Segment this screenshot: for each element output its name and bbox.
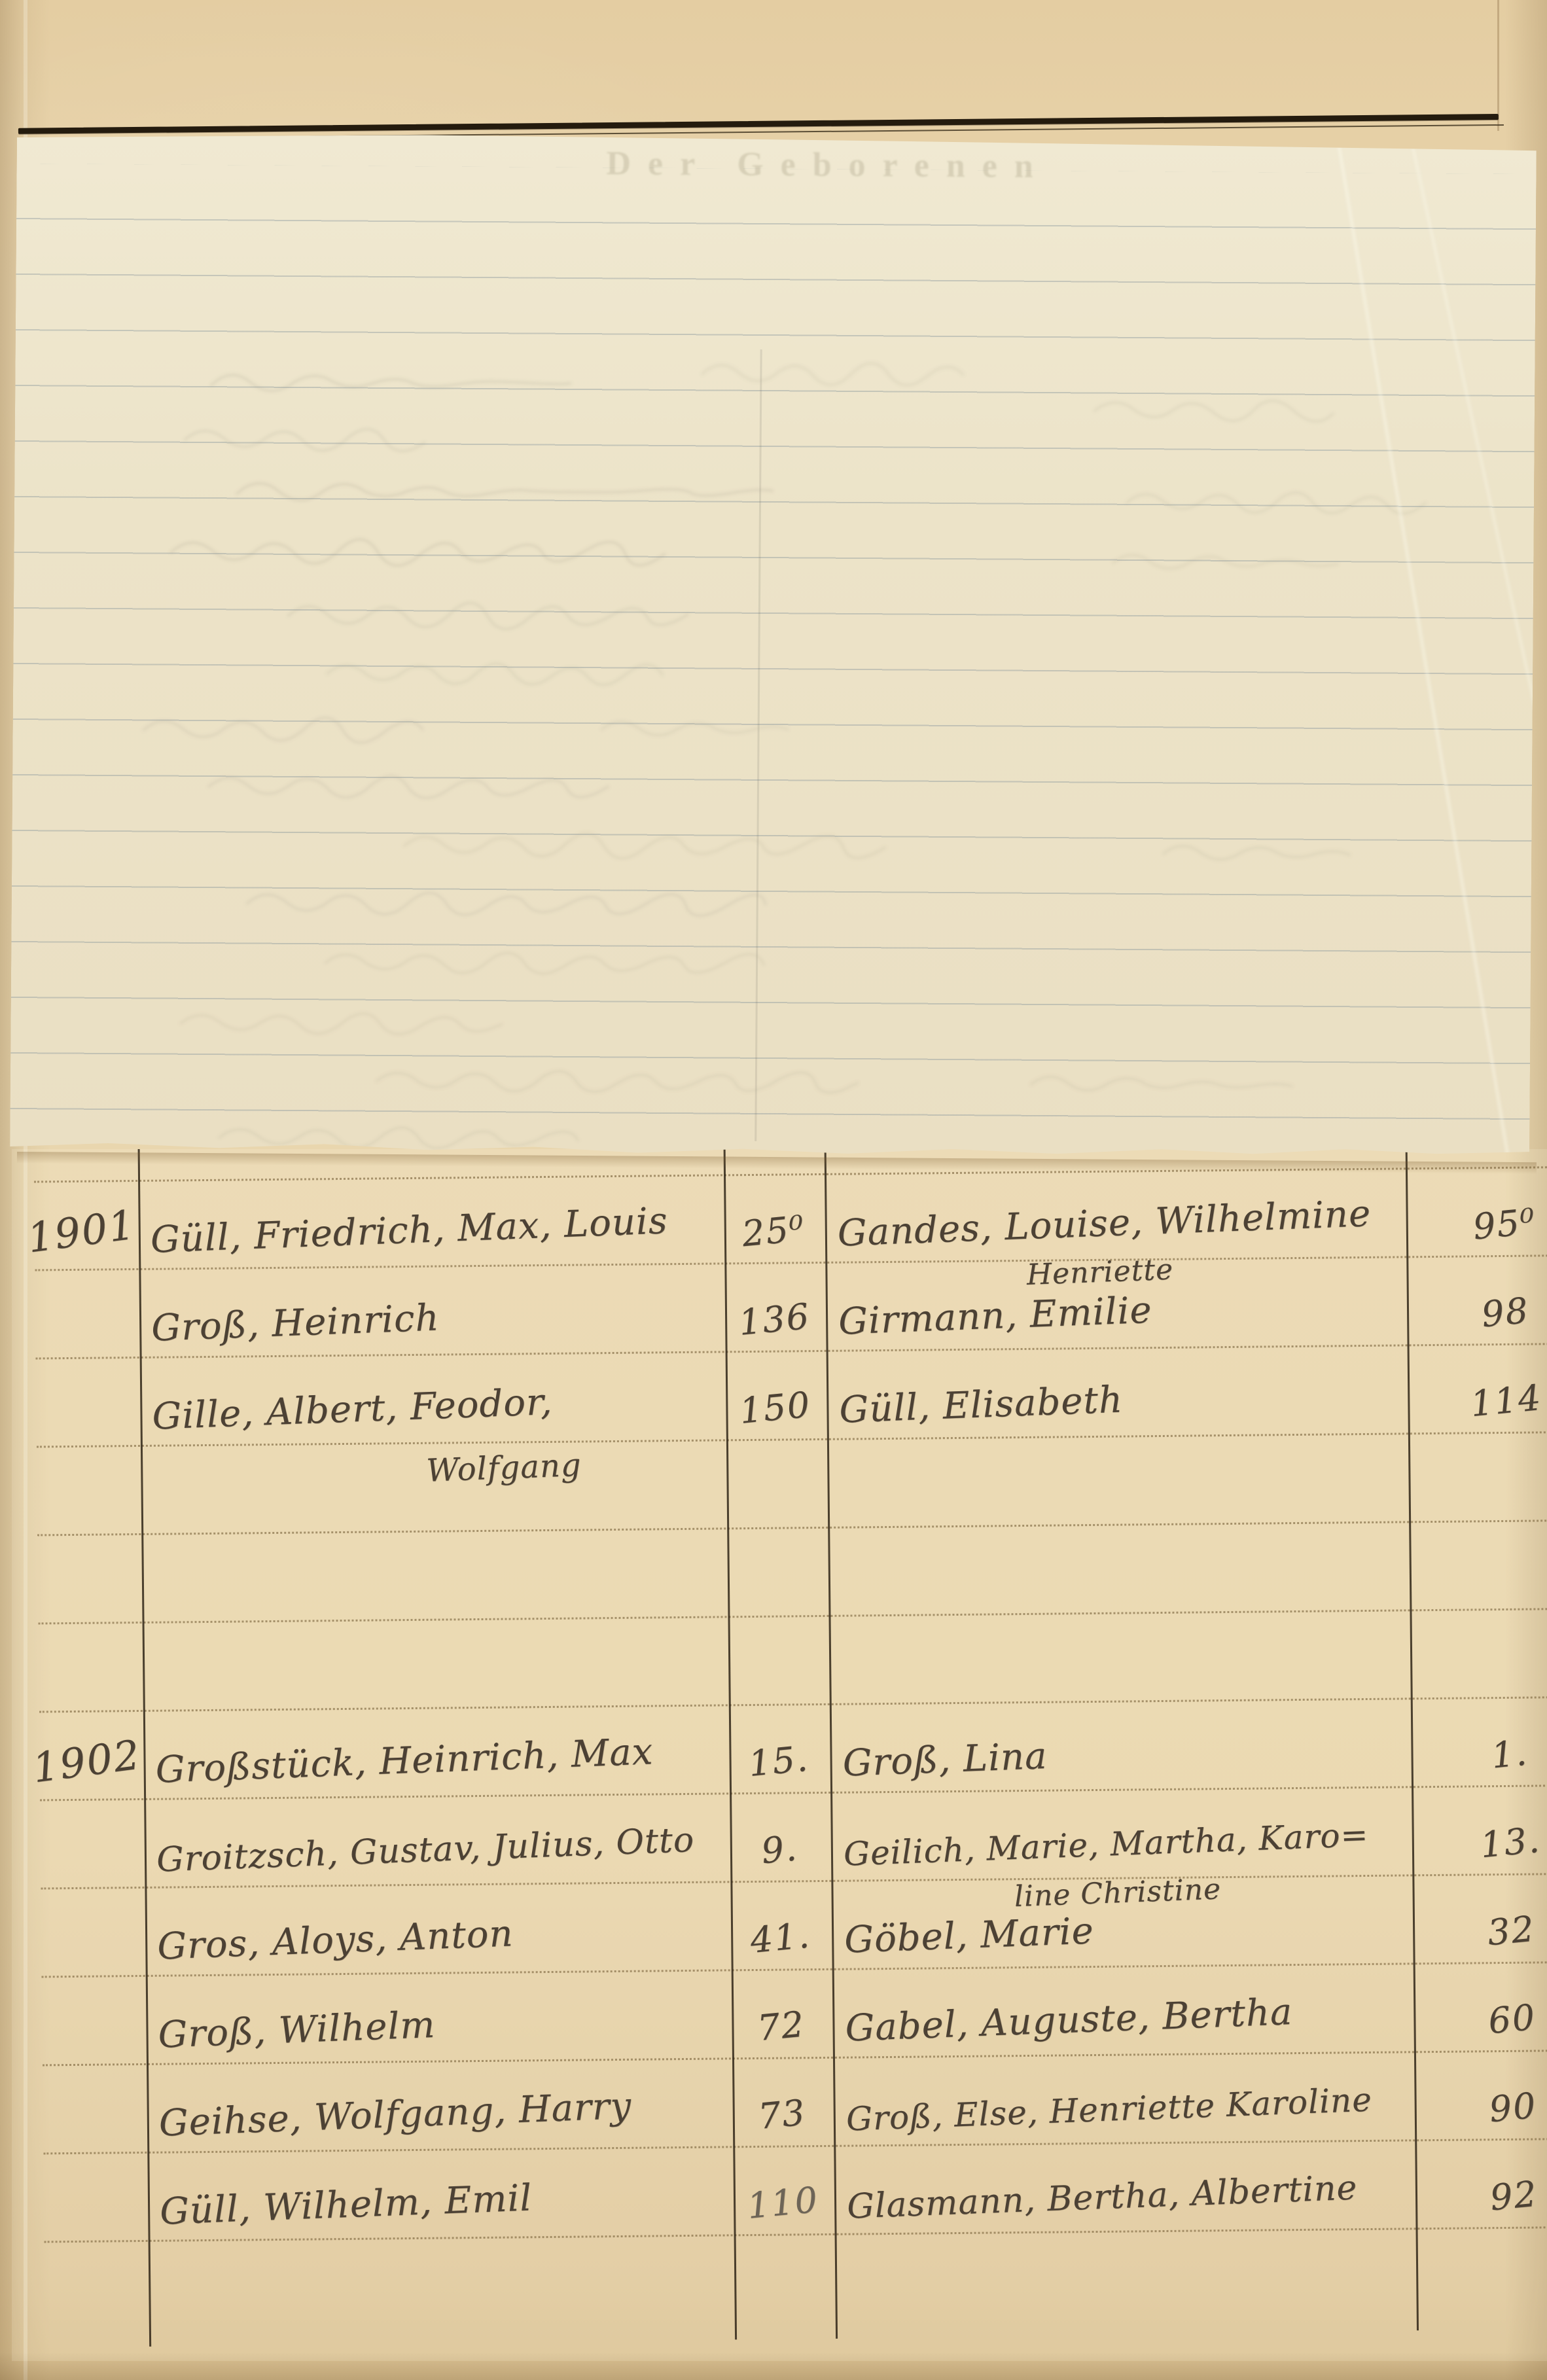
- year-label: 1901: [20, 1199, 144, 1262]
- entry-number-right: 32: [1468, 1906, 1547, 1955]
- entry-name-right: Gabel, Auguste, Bertha: [844, 1991, 1293, 2050]
- entry-number-right: 13.: [1467, 1818, 1547, 1867]
- entry-number-right: 90: [1470, 2083, 1547, 2132]
- entry-name-right: Güll, Elisabeth: [838, 1378, 1124, 1431]
- entry-number-left: 15.: [727, 1736, 830, 1786]
- entry-number-left: 150: [724, 1383, 827, 1433]
- table-row: Gille, Albert, Feodor, 150 Güll, Elisabe…: [2, 1340, 1547, 1446]
- entry-name-left: Groß, Heinrich: [151, 1296, 440, 1349]
- entry-name-left: Gille, Albert, Feodor,: [151, 1381, 553, 1438]
- entry-name-left: Groitzsch, Gustav, Julius, Otto: [156, 1821, 695, 1880]
- entry-number-left: 136: [723, 1294, 826, 1345]
- entry-name-right: Glasmann, Bertha, Albertine: [846, 2168, 1358, 2226]
- entry-name-right: Groß, Lina: [842, 1735, 1048, 1785]
- entry-name-left-line2: Wolfgang: [425, 1447, 582, 1489]
- bleed-through-handwriting: [10, 128, 1537, 1166]
- entry-number-left: 73: [730, 2089, 833, 2140]
- entry-name-left: Groß, Wilhelm: [157, 2004, 436, 2057]
- entry-name-right: Göbel, Marie: [844, 1909, 1095, 1961]
- entry-name-left: Gros, Aloys, Anton: [156, 1912, 514, 1968]
- entry-name-right-line2: Henriette: [1026, 1253, 1174, 1292]
- scanned-register-page: 1901 Güll, Friedrich, Max, Louis 25⁰ Gan…: [0, 0, 1547, 2380]
- entry-number-left: 110: [732, 2178, 834, 2228]
- entry-name-right: Geilich, Marie, Martha, Karo=: [843, 1816, 1369, 1874]
- table-row: Güll, Wilhelm, Emil 110 Glasmann, Bertha…: [9, 2135, 1547, 2241]
- row-separator: [39, 1608, 1547, 1624]
- entry-name-left: Güll, Friedrich, Max, Louis: [150, 1199, 669, 1262]
- entry-number-left: 25⁰: [722, 1206, 825, 1256]
- entry-number-right: 98: [1463, 1288, 1547, 1337]
- entry-name-right: Groß, Else, Henriette Karoline: [845, 2081, 1373, 2139]
- entry-number-right: 1.: [1467, 1730, 1547, 1779]
- entry-name-left: Güll, Wilhelm, Emil: [159, 2176, 533, 2233]
- year-label: 1902: [24, 1730, 149, 1792]
- entry-name-right: Gandes, Louise, Wilhelmine: [837, 1192, 1372, 1255]
- row-separator: [37, 1519, 1547, 1536]
- entry-number-right: 60: [1469, 1995, 1547, 2044]
- entry-number-right: 92: [1471, 2171, 1547, 2220]
- entry-name-left: Geihse, Wolfgang, Harry: [158, 2085, 633, 2145]
- entry-name-left: Großstück, Heinrich, Max: [155, 1730, 654, 1791]
- entry-number-left: 9.: [728, 1824, 830, 1875]
- entry-number-right: 114: [1463, 1376, 1547, 1425]
- tissue-interleaf-sheet: Der Geborenen: [10, 128, 1537, 1166]
- entry-number-left: 41.: [729, 1913, 832, 1963]
- entry-number-right: 95⁰: [1461, 1199, 1547, 1249]
- entry-name-right: Girmann, Emilie: [838, 1289, 1153, 1343]
- entry-number-left: 72: [730, 2001, 832, 2051]
